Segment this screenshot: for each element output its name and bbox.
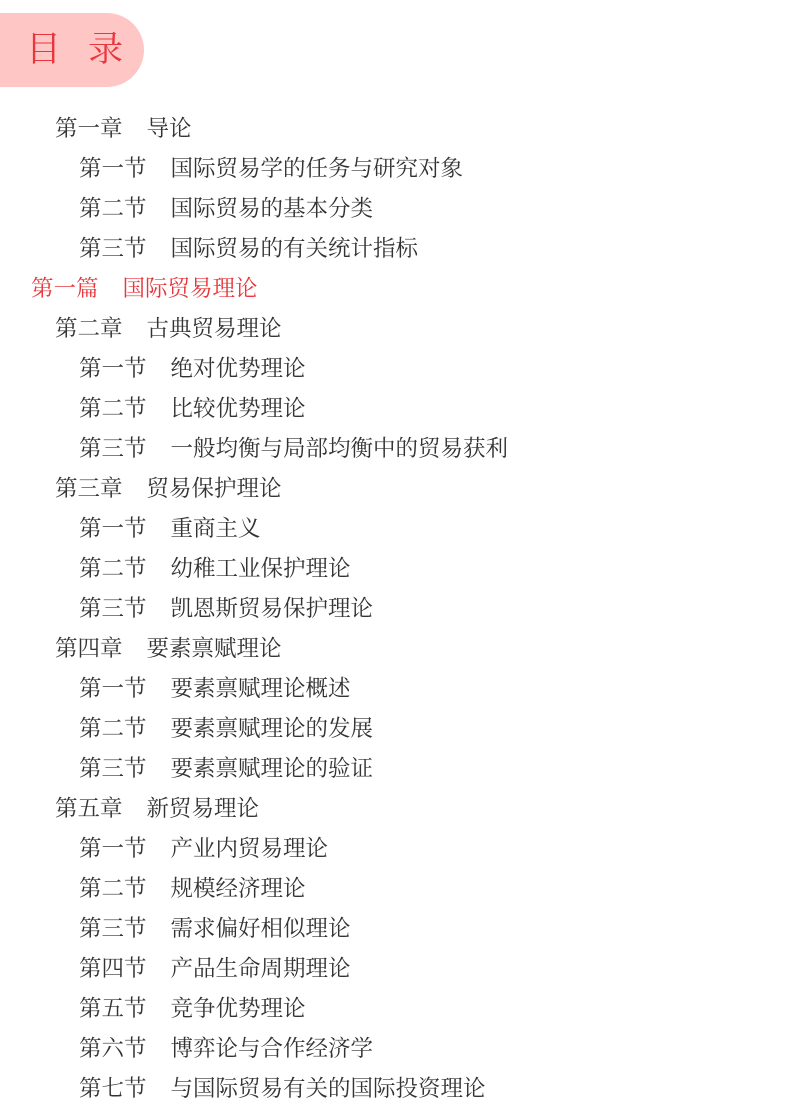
toc-entry-number: 第二节 — [79, 189, 147, 229]
toc-entry-title: 古典贸易理论 — [147, 316, 282, 342]
toc-section-entry[interactable]: 第三节要素禀赋理论的验证 — [0, 749, 790, 789]
toc-section-entry[interactable]: 第一节绝对优势理论 — [0, 349, 790, 389]
toc-entry-title: 要素禀赋理论 — [147, 636, 282, 662]
page-title: 目 录 — [26, 13, 131, 87]
toc-entry-title: 需求偏好相似理论 — [171, 916, 351, 942]
toc-entry-number: 第一节 — [79, 669, 147, 709]
toc-header-pill: 目 录 — [0, 13, 144, 87]
toc-entry-title: 博弈论与合作经济学 — [171, 1036, 374, 1062]
toc-entry-number: 第一节 — [79, 829, 147, 869]
toc-entry-number: 第六节 — [79, 1029, 147, 1069]
toc-entry-number: 第二节 — [79, 869, 147, 909]
toc-entry-number: 第四章 — [55, 629, 123, 669]
toc-section-entry[interactable]: 第一节要素禀赋理论概述 — [0, 669, 790, 709]
toc-entry-title: 贸易保护理论 — [147, 476, 282, 502]
toc-entry-title: 国际贸易的有关统计指标 — [171, 236, 419, 262]
toc-entry-title: 竞争优势理论 — [171, 996, 306, 1022]
toc-section-entry[interactable]: 第二节幼稚工业保护理论 — [0, 549, 790, 589]
toc-entry-title: 要素禀赋理论的发展 — [171, 716, 374, 742]
toc-entry-title: 新贸易理论 — [147, 796, 260, 822]
toc-entry-title: 比较优势理论 — [171, 396, 306, 422]
toc-section-entry[interactable]: 第四节产品生命周期理论 — [0, 949, 790, 989]
toc-entry-number: 第七节 — [79, 1069, 147, 1109]
toc-entry-title: 国际贸易的基本分类 — [171, 196, 374, 222]
table-of-contents: 第一章导论第一节国际贸易学的任务与研究对象第二节国际贸易的基本分类第三节国际贸易… — [0, 109, 790, 1109]
toc-entry-number: 第一篇 — [31, 269, 99, 309]
toc-entry-title: 重商主义 — [171, 516, 261, 542]
toc-entry-title: 产品生命周期理论 — [171, 956, 351, 982]
toc-entry-title: 导论 — [147, 116, 192, 142]
toc-section-entry[interactable]: 第一节重商主义 — [0, 509, 790, 549]
toc-chapter-entry[interactable]: 第五章新贸易理论 — [0, 789, 790, 829]
toc-entry-title: 凯恩斯贸易保护理论 — [171, 596, 374, 622]
toc-entry-title: 幼稚工业保护理论 — [171, 556, 351, 582]
toc-section-entry[interactable]: 第三节国际贸易的有关统计指标 — [0, 229, 790, 269]
toc-entry-title: 产业内贸易理论 — [171, 836, 329, 862]
toc-entry-title: 绝对优势理论 — [171, 356, 306, 382]
toc-entry-title: 规模经济理论 — [171, 876, 306, 902]
toc-chapter-entry[interactable]: 第三章贸易保护理论 — [0, 469, 790, 509]
toc-entry-title: 要素禀赋理论概述 — [171, 676, 351, 702]
toc-chapter-entry[interactable]: 第一章导论 — [0, 109, 790, 149]
toc-section-entry[interactable]: 第二节比较优势理论 — [0, 389, 790, 429]
toc-entry-number: 第二节 — [79, 549, 147, 589]
toc-section-entry[interactable]: 第一节国际贸易学的任务与研究对象 — [0, 149, 790, 189]
toc-entry-number: 第三节 — [79, 229, 147, 269]
toc-entry-number: 第四节 — [79, 949, 147, 989]
toc-section-entry[interactable]: 第三节需求偏好相似理论 — [0, 909, 790, 949]
toc-section-entry[interactable]: 第五节竞争优势理论 — [0, 989, 790, 1029]
toc-section-entry[interactable]: 第一节产业内贸易理论 — [0, 829, 790, 869]
toc-entry-number: 第二节 — [79, 389, 147, 429]
toc-section-entry[interactable]: 第七节与国际贸易有关的国际投资理论 — [0, 1069, 790, 1109]
toc-entry-number: 第三节 — [79, 749, 147, 789]
toc-section-entry[interactable]: 第六节博弈论与合作经济学 — [0, 1029, 790, 1069]
toc-entry-number: 第一章 — [55, 109, 123, 149]
toc-entry-title: 与国际贸易有关的国际投资理论 — [171, 1076, 486, 1102]
toc-entry-title: 国际贸易学的任务与研究对象 — [171, 156, 464, 182]
toc-entry-number: 第三节 — [79, 909, 147, 949]
toc-entry-number: 第三章 — [55, 469, 123, 509]
toc-entry-number: 第一节 — [79, 349, 147, 389]
toc-entry-number: 第三节 — [79, 589, 147, 629]
toc-entry-number: 第二章 — [55, 309, 123, 349]
toc-entry-number: 第一节 — [79, 509, 147, 549]
toc-section-entry[interactable]: 第三节一般均衡与局部均衡中的贸易获利 — [0, 429, 790, 469]
toc-entry-title: 一般均衡与局部均衡中的贸易获利 — [171, 436, 509, 462]
toc-entry-title: 国际贸易理论 — [123, 276, 258, 302]
toc-section-entry[interactable]: 第二节国际贸易的基本分类 — [0, 189, 790, 229]
toc-entry-title: 要素禀赋理论的验证 — [171, 756, 374, 782]
toc-entry-number: 第三节 — [79, 429, 147, 469]
toc-chapter-entry[interactable]: 第二章古典贸易理论 — [0, 309, 790, 349]
toc-part-entry[interactable]: 第一篇国际贸易理论 — [0, 269, 790, 309]
toc-chapter-entry[interactable]: 第四章要素禀赋理论 — [0, 629, 790, 669]
toc-entry-number: 第五章 — [55, 789, 123, 829]
toc-section-entry[interactable]: 第三节凯恩斯贸易保护理论 — [0, 589, 790, 629]
toc-section-entry[interactable]: 第二节要素禀赋理论的发展 — [0, 709, 790, 749]
toc-entry-number: 第二节 — [79, 709, 147, 749]
toc-entry-number: 第五节 — [79, 989, 147, 1029]
toc-section-entry[interactable]: 第二节规模经济理论 — [0, 869, 790, 909]
toc-entry-number: 第一节 — [79, 149, 147, 189]
